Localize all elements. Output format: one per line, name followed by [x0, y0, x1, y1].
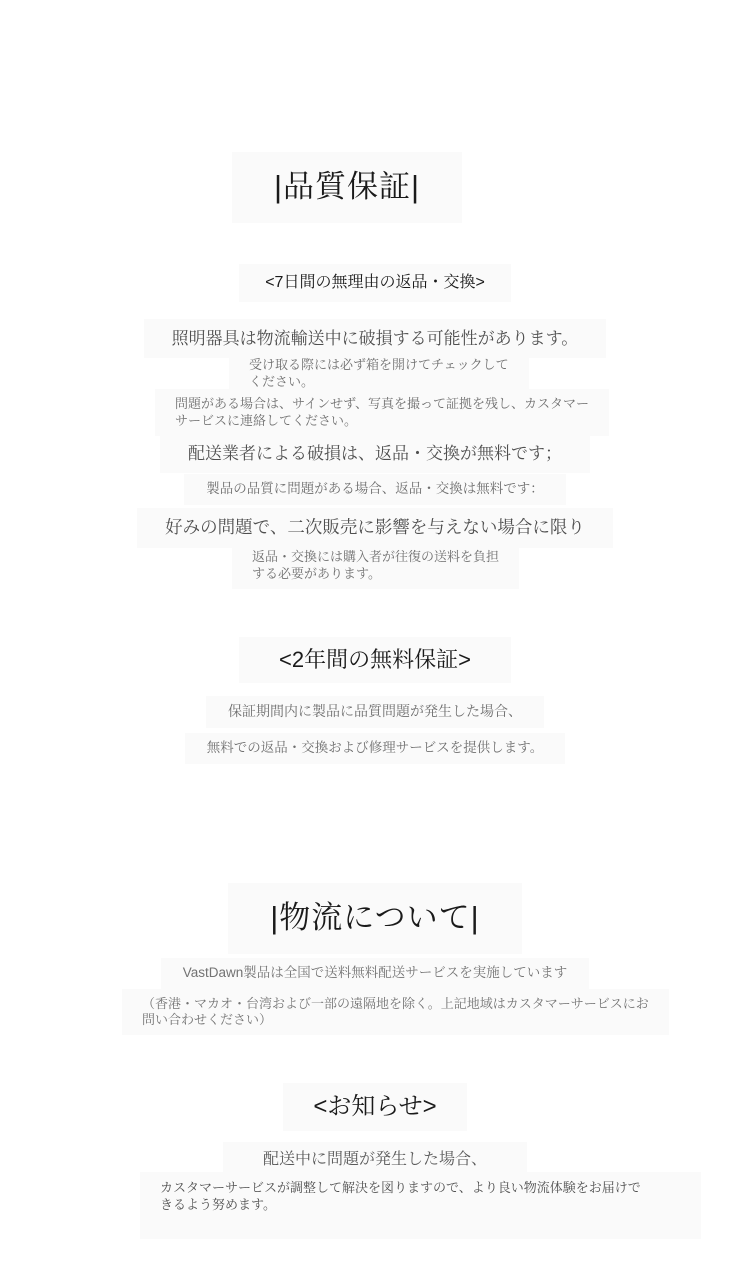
warranty-service-row: 無料での返品・交換および修理サービスを提供します。 — [0, 733, 750, 764]
refuse-sign-note: 問題がある場合は、サインせず、写真を撮って証拠を残し、カスタマー サービスに連絡… — [155, 389, 609, 436]
quality-issue-note: 製品の品質に問題がある場合、返品・交換は無料です： — [184, 474, 566, 505]
notice-title: <お知らせ> — [283, 1083, 466, 1131]
quality-issue-row: 製品の品質に問題がある場合、返品・交換は無料です： — [0, 474, 750, 505]
free-shipping-row: VastDawn製品は全国で送料無料配送サービスを実施しています — [0, 958, 750, 989]
carrier-damage-lead: 配送業者による破損は、返品・交換が無料です； — [160, 434, 590, 473]
customer-service-note: カスタマーサービスが調整して解決を図りますので、より良い物流体験をお届けで きる… — [140, 1172, 701, 1239]
logistics-title: |物流について| — [228, 883, 522, 954]
warranty-title-row: <2年間の無料保証> — [0, 637, 750, 683]
logistics-title-row: |物流について| — [0, 883, 750, 954]
product-info-page: |品質保証| <7日間の無理由の返品・交換> 照明器具は物流輸送中に破損する可能… — [0, 0, 750, 1266]
quality-guarantee-title-row: |品質保証| — [0, 152, 750, 223]
seven-day-return-subtitle: <7日間の無理由の返品・交換> — [239, 264, 511, 302]
warranty-title: <2年間の無料保証> — [239, 637, 511, 683]
return-shipping-note: 返品・交換には購入者が往復の送料を負担 する必要があります。 — [232, 542, 519, 589]
warranty-condition-row: 保証期間内に製品に品質問題が発生した場合、 — [0, 696, 750, 728]
warranty-condition-text: 保証期間内に製品に品質問題が発生した場合、 — [206, 696, 544, 728]
carrier-damage-row: 配送業者による破損は、返品・交換が無料です； — [0, 434, 750, 473]
notice-title-row: <お知らせ> — [0, 1083, 750, 1131]
warranty-service-text: 無料での返品・交換および修理サービスを提供します。 — [185, 733, 565, 764]
shipping-exclusions-note: （香港・マカオ・台湾および一部の遠隔地を除く。上記地域はカスタマーサービスにお … — [122, 989, 669, 1035]
quality-guarantee-title: |品質保証| — [232, 152, 462, 223]
seven-day-return-subtitle-row: <7日間の無理由の返品・交換> — [0, 264, 750, 302]
free-shipping-text: VastDawn製品は全国で送料無料配送サービスを実施しています — [161, 958, 590, 989]
